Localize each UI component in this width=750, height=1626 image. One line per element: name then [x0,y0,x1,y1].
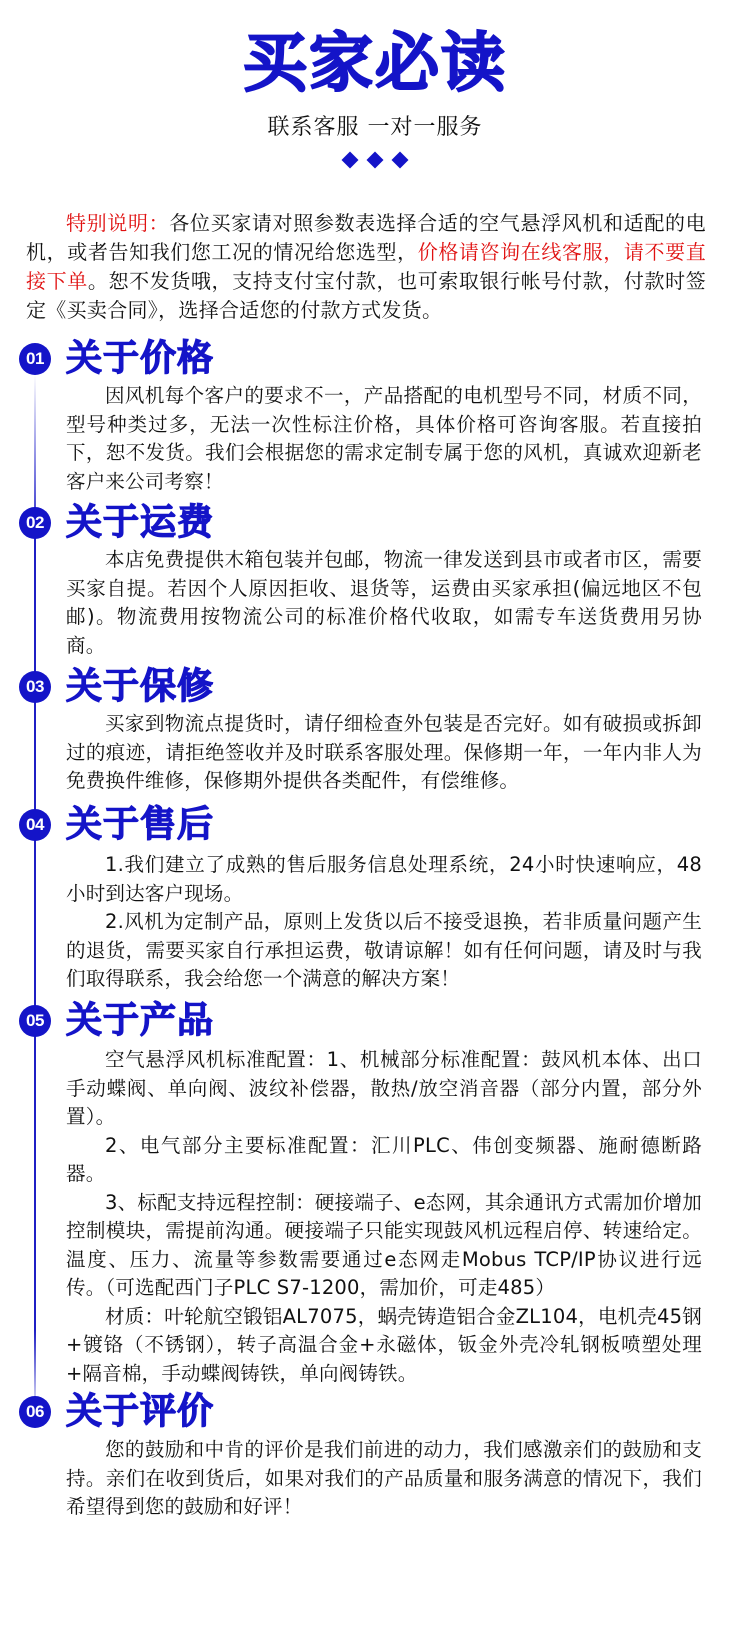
notice-text-2: 。恕不发货哦，支持支付宝付款，也可索取银行帐号付款，付款时签定《买卖合同》，选择… [26,269,706,322]
page-subtitle: 联系客服 一对一服务 [0,114,750,142]
section-number-badge: 03 [19,671,51,703]
diamond-icon [342,152,359,169]
section-paragraph: 因风机每个客户的要求不一，产品搭配的电机型号不同，材质不同，型号种类过多，无法一… [66,382,702,496]
section-body: 1.我们建立了成熟的售后服务信息处理系统，24小时快速响应，48小时到达客户现场… [66,851,702,994]
section-title: 关于售后 [66,805,214,845]
section-title: 关于产品 [66,1001,214,1041]
notice-label: 特别说明： [66,211,169,235]
diamond-icon [367,152,384,169]
section-paragraph: 2.风机为定制产品，原则上发货以后不接受退换，若非质量问题产生的退货，需要买家自… [66,908,702,994]
section-body: 您的鼓励和中肯的评价是我们前进的动力，我们感激亲们的鼓励和支持。亲们在收到货后，… [66,1436,702,1522]
section-number-badge: 02 [19,507,51,539]
section-body: 空气悬浮风机标准配置：1、机械部分标准配置：鼓风机本体、出口手动蝶阀、单向阀、波… [66,1046,702,1388]
page-title: 买家必读 [0,28,750,100]
section-paragraph: 您的鼓励和中肯的评价是我们前进的动力，我们感激亲们的鼓励和支持。亲们在收到货后，… [66,1436,702,1522]
section-paragraph: 材质：叶轮航空锻铝AL7075，蜗壳铸造铝合金ZL104，电机壳45钢+镀铬（不… [66,1303,702,1389]
section-number-badge: 05 [19,1005,51,1037]
section-body: 买家到物流点提货时，请仔细检查外包装是否完好。如有破损或拆卸过的痕迹，请拒绝签收… [66,710,702,796]
section-title: 关于运费 [66,503,214,543]
section-paragraph: 2、电气部分主要标准配置：汇川PLC、伟创变频器、施耐德断路器。 [66,1132,702,1189]
diamond-icon [392,152,409,169]
section-paragraph: 3、标配支持远程控制：硬接端子、e态网，其余通讯方式需加价增加控制模块，需提前沟… [66,1189,702,1303]
section-number-badge: 01 [19,343,51,375]
timeline-connector [34,374,36,520]
special-notice: 特别说明：各位买家请对照参数表选择合适的空气悬浮风机和适配的电机，或者告知我们您… [26,209,706,325]
section-number-badge: 04 [19,809,51,841]
section-paragraph: 买家到物流点提货时，请仔细检查外包装是否完好。如有破损或拆卸过的痕迹，请拒绝签收… [66,710,702,796]
section-number-badge: 06 [19,1396,51,1428]
diamond-divider [0,152,750,168]
section-body: 因风机每个客户的要求不一，产品搭配的电机型号不同，材质不同，型号种类过多，无法一… [66,382,702,496]
section-paragraph: 1.我们建立了成熟的售后服务信息处理系统，24小时快速响应，48小时到达客户现场… [66,851,702,908]
section-title: 关于保修 [66,667,214,707]
timeline-connector [34,520,36,1390]
section-paragraph: 空气悬浮风机标准配置：1、机械部分标准配置：鼓风机本体、出口手动蝶阀、单向阀、波… [66,1046,702,1132]
section-paragraph: 本店免费提供木箱包装并包邮，物流一律发送到县市或者市区，需要买家自提。若因个人原… [66,546,702,660]
section-body: 本店免费提供木箱包装并包邮，物流一律发送到县市或者市区，需要买家自提。若因个人原… [66,546,702,660]
section-title: 关于价格 [66,339,214,379]
section-title: 关于评价 [66,1392,214,1432]
